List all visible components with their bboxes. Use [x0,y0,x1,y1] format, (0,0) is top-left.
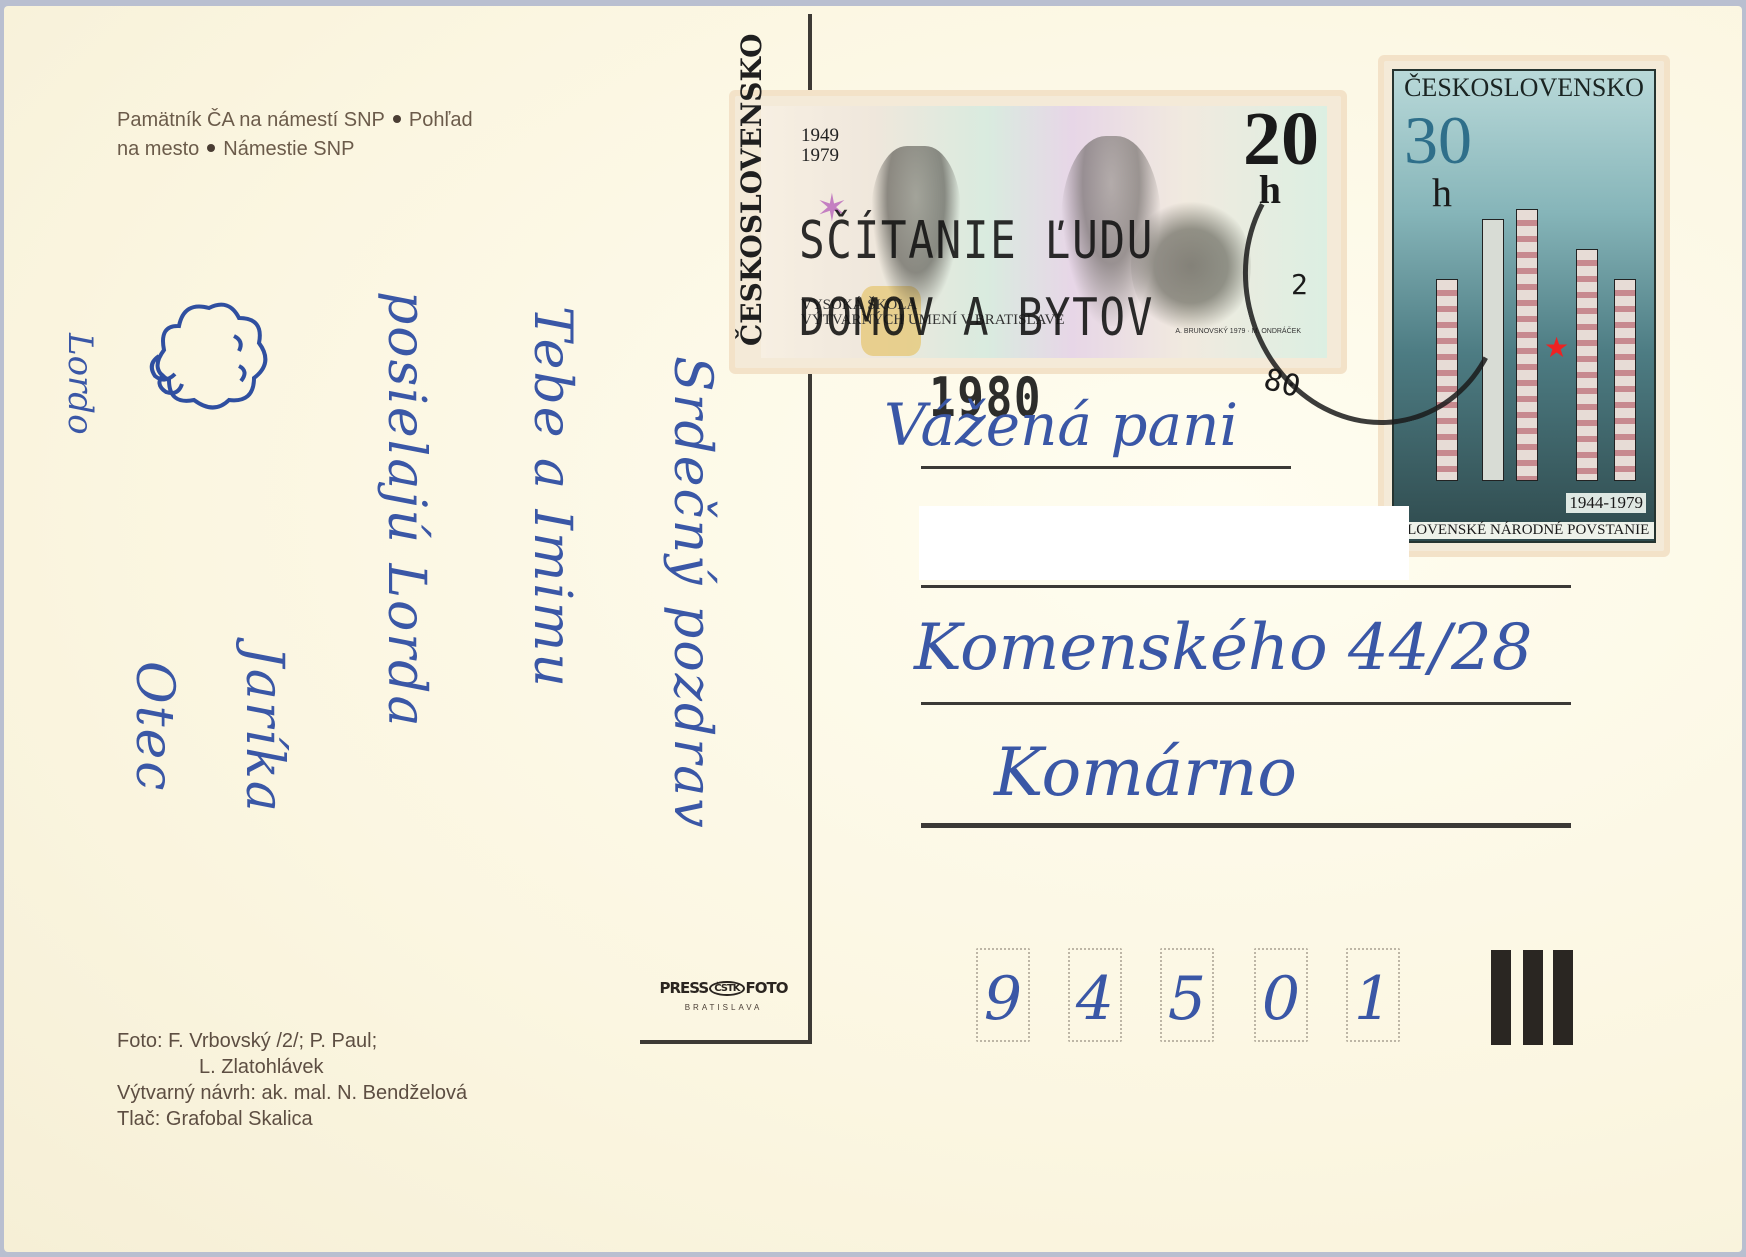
message-line-2: Tebe a Imimu [522,306,582,689]
caption-part-3: na mesto [117,138,199,160]
photo-credit-2: L. Zlatohlávek [117,1054,467,1080]
zip-box-5: 1 [1346,948,1400,1042]
red-star-icon: ★ [1544,331,1569,364]
zip-digit: 0 [1256,964,1306,1034]
address-line-4 [921,823,1571,828]
margin-note: Lordo [60,333,100,435]
credits: Foto: F. Vrbovský /2/; P. Paul; L. Zlato… [117,1028,467,1132]
stamp-year-end: 1979 [801,146,839,166]
postmark-date: 2 [1291,268,1308,301]
zip-box-3: 5 [1160,948,1214,1042]
chimney-icon [1614,279,1636,481]
message-line-5: Otec [124,661,184,792]
salutation: Vážená pani [884,391,1238,459]
cancel-slogan-2: DOMOV A BYTOV [799,288,1154,348]
message-line-1: Srdečný pozdrav [662,356,722,830]
stamp-country: ČESKOSLOVENSKO [1394,73,1654,103]
bullet-icon [393,115,401,123]
print-credit: Tlač: Grafobal Skalica [117,1106,467,1132]
divider-foot [640,1040,812,1044]
stamp-country: ČESKOSLOVENSKO [735,34,768,346]
logo-ctk: ČSTK [714,983,739,994]
photo-label: Foto: [117,1030,163,1052]
redacted-name [919,506,1409,580]
bullet-icon [207,144,215,152]
address-line-2 [921,585,1571,588]
logo-press: PRESS [659,979,708,997]
globe-icon: ČSTK [709,981,744,996]
publisher-logo: PRESSČSTKFOTO BRATISLAVA [656,979,791,1012]
stamp-dates: 1944-1979 [1566,493,1646,513]
caption-part-1: Pamätník ČA na námestí SNP [117,109,385,131]
flower-doodle-icon [139,296,274,416]
zip-digit: 9 [978,964,1028,1034]
message-line-3: posielajú Lorda [376,291,436,728]
zip-digit: 1 [1348,964,1398,1034]
chimney-icon [1516,209,1538,481]
chimney-icon [1576,249,1598,481]
logo-foto: FOTO [746,979,788,997]
caption: Pamätník ČA na námestí SNPPohľad na mest… [117,106,473,164]
zip-box-2: 4 [1068,948,1122,1042]
publisher-city: BRATISLAVA [656,1003,791,1012]
address-line-3 [921,702,1571,705]
stamp-year-start: 1949 [801,126,839,146]
zip-box-4: 0 [1254,948,1308,1042]
city: Komárno [994,734,1297,811]
cancel-slogan-1: SČÍTANIE ĽUDU [799,211,1154,271]
caption-part-4: Námestie SNP [223,138,354,160]
message-line-4: Jaríka [234,646,294,814]
stamp-years: 1949 1979 [801,126,839,166]
caption-part-2: Pohľad [409,109,473,131]
postcard: Pamätník ČA na námestí SNPPohľad na mest… [4,6,1742,1252]
zip-digit: 5 [1162,964,1212,1034]
zip-box-1: 9 [976,948,1030,1042]
design-credit: Výtvarný návrh: ak. mal. N. Bendželová [117,1080,467,1106]
street: Komenského 44/28 [914,611,1532,685]
address-line-1 [921,466,1291,469]
photo-credit-1: F. Vrbovský /2/; P. Paul; [168,1030,377,1052]
zip-digit: 4 [1070,964,1120,1034]
stamp-footer: SLOVENSKÉ NÁRODNÉ POVSTANIE [1394,522,1654,539]
